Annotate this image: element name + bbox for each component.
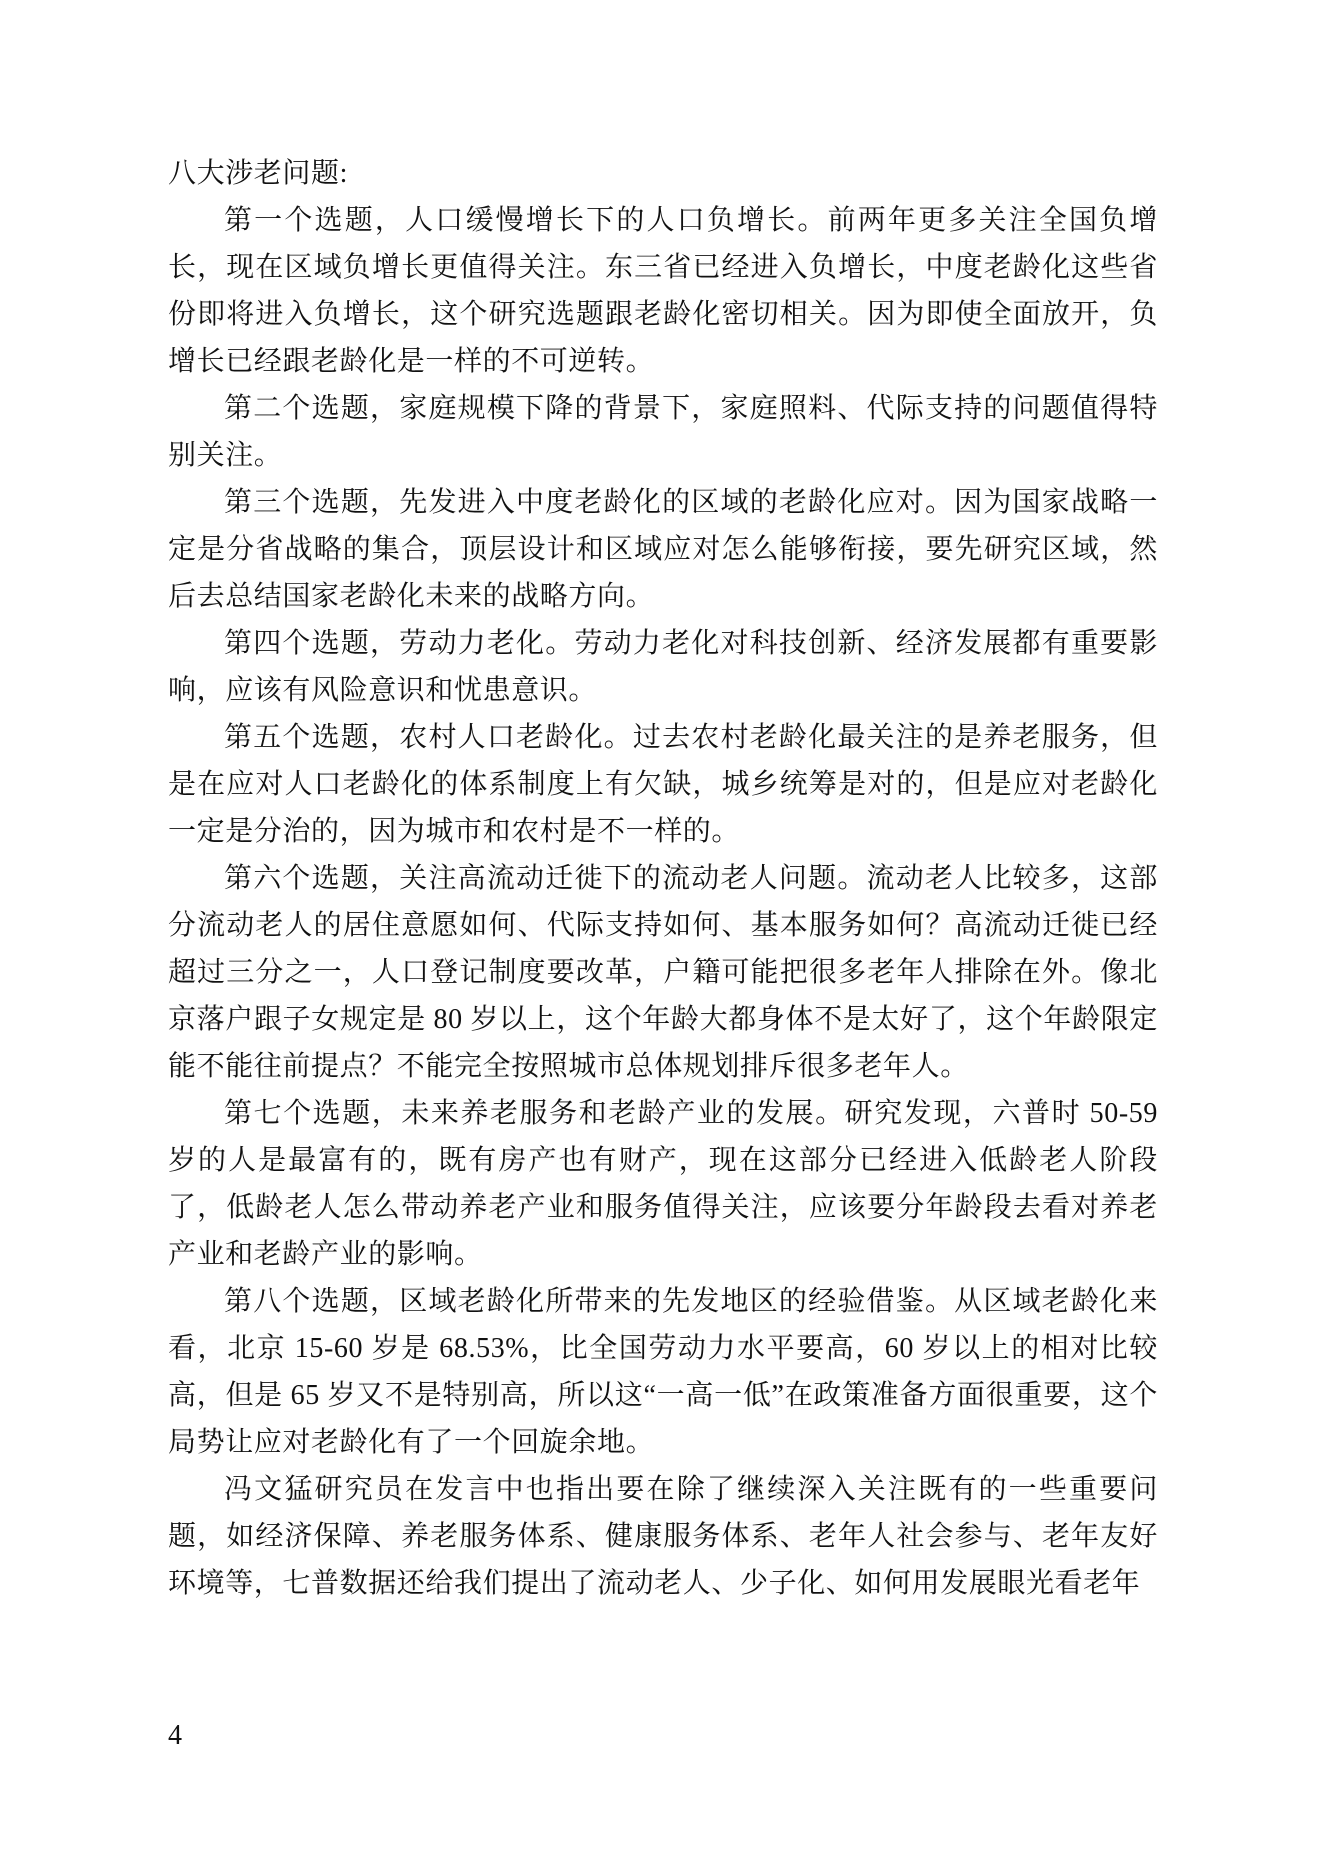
- paragraph-topic-5: 第五个选题，农村人口老龄化。过去农村老龄化最关注的是养老服务，但是在应对人口老龄…: [168, 714, 1158, 855]
- section-heading: 八大涉老问题:: [168, 150, 1158, 197]
- paragraph-topic-1: 第一个选题，人口缓慢增长下的人口负增长。前两年更多关注全国负增长，现在区域负增长…: [168, 197, 1158, 385]
- paragraph-topic-6: 第六个选题，关注高流动迁徙下的流动老人问题。流动老人比较多，这部分流动老人的居住…: [168, 855, 1158, 1090]
- page-number: 4: [168, 1712, 182, 1759]
- document-page: 八大涉老问题: 第一个选题，人口缓慢增长下的人口负增长。前两年更多关注全国负增长…: [0, 0, 1323, 1871]
- paragraph-topic-4: 第四个选题，劳动力老化。劳动力老化对科技创新、经济发展都有重要影响，应该有风险意…: [168, 620, 1158, 714]
- paragraph-topic-7: 第七个选题，未来养老服务和老龄产业的发展。研究发现，六普时 50-59 岁的人是…: [168, 1090, 1158, 1278]
- paragraph-closing: 冯文猛研究员在发言中也指出要在除了继续深入关注既有的一些重要问题，如经济保障、养…: [168, 1466, 1158, 1607]
- paragraph-topic-2: 第二个选题，家庭规模下降的背景下，家庭照料、代际支持的问题值得特别关注。: [168, 385, 1158, 479]
- paragraph-topic-8: 第八个选题，区域老龄化所带来的先发地区的经验借鉴。从区域老龄化来看，北京 15-…: [168, 1278, 1158, 1466]
- paragraph-topic-3: 第三个选题，先发进入中度老龄化的区域的老龄化应对。因为国家战略一定是分省战略的集…: [168, 479, 1158, 620]
- document-body: 八大涉老问题: 第一个选题，人口缓慢增长下的人口负增长。前两年更多关注全国负增长…: [168, 150, 1158, 1607]
